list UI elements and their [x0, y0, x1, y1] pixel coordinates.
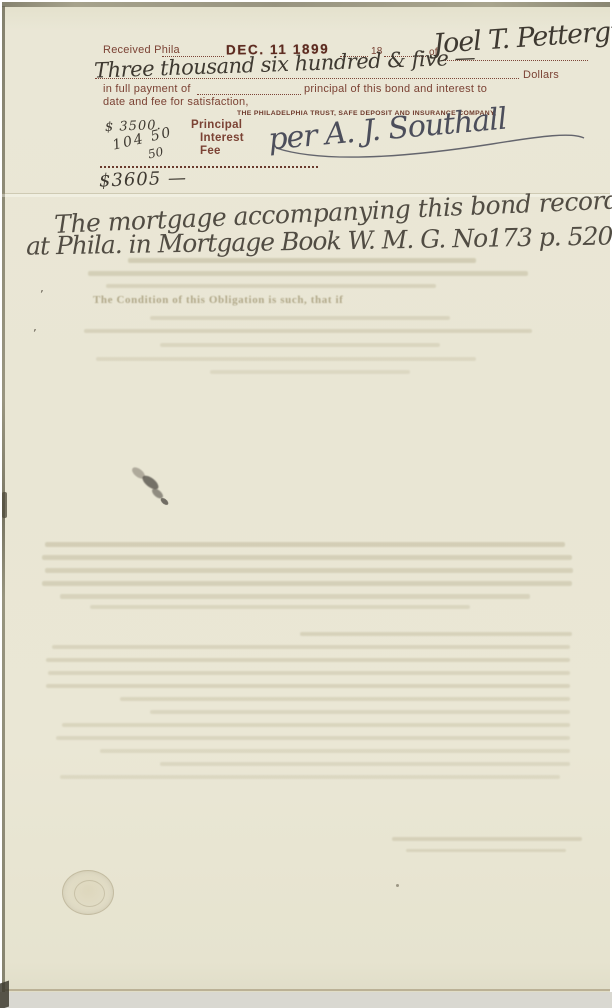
- interest-label: Interest: [200, 132, 244, 144]
- bleedthrough-line: [100, 749, 570, 753]
- bleedthrough-line: [88, 271, 528, 276]
- payment-prefix: in full payment of: [103, 83, 191, 95]
- bleedthrough-condition-line: The Condition of this Obligation is such…: [93, 294, 343, 306]
- dollars-label: Dollars: [523, 69, 559, 81]
- bleedthrough-line: [128, 258, 476, 263]
- page-left-edge-notch: [2, 492, 7, 518]
- embossed-seal-inner-ring: [74, 880, 105, 907]
- bleedthrough-line: [42, 555, 572, 560]
- bleedthrough-line: [45, 542, 565, 547]
- payment-line2: date and fee for satisfaction,: [103, 96, 249, 108]
- bleedthrough-line: [48, 671, 570, 675]
- fee-label: Fee: [200, 145, 221, 157]
- bleedthrough-line: [160, 762, 570, 766]
- bleedthrough-line: [60, 594, 530, 599]
- bleedthrough-line: [160, 343, 440, 347]
- page-bottom-edge: [2, 989, 610, 991]
- stray-pen-mark: ’: [33, 327, 37, 340]
- bleedthrough-line: [46, 658, 570, 662]
- bleedthrough-line: [42, 581, 572, 586]
- bleedthrough-line: [52, 645, 570, 649]
- stray-pen-mark: ’: [40, 288, 44, 301]
- bleedthrough-line: [120, 697, 570, 701]
- bottom-left-corner-shadow: [0, 981, 9, 1008]
- signature-flourish: [262, 108, 592, 168]
- payment-suffix: principal of this bond and interest to: [304, 83, 487, 95]
- bleedthrough-line: [150, 316, 450, 320]
- dotted-line: [197, 93, 301, 95]
- principal-label: Principal: [191, 119, 242, 131]
- scanned-bond-receipt-page: { "receipt": { "received_label": "Receiv…: [0, 0, 612, 1008]
- bleedthrough-line: [84, 329, 532, 333]
- bleedthrough-line: [106, 284, 436, 288]
- bleedthrough-line: [150, 710, 570, 714]
- total-amount-handwriting: $3605 —: [99, 167, 188, 191]
- bleedthrough-line: [392, 837, 582, 841]
- bleedthrough-line: [56, 736, 570, 740]
- bleedthrough-line: [46, 684, 570, 688]
- bleedthrough-line: [90, 605, 470, 609]
- dotted-separator: [100, 166, 318, 168]
- bleedthrough-line: [210, 370, 410, 374]
- bleedthrough-line: [62, 723, 570, 727]
- scan-background-strip: [0, 992, 612, 1008]
- bleedthrough-line: [406, 849, 566, 852]
- bleedthrough-line: [96, 357, 476, 361]
- page-top-edge: [2, 2, 610, 7]
- bleedthrough-line: [60, 775, 560, 779]
- bleedthrough-line: [300, 632, 572, 636]
- paper-speck: [396, 884, 399, 887]
- bleedthrough-line: [45, 568, 573, 573]
